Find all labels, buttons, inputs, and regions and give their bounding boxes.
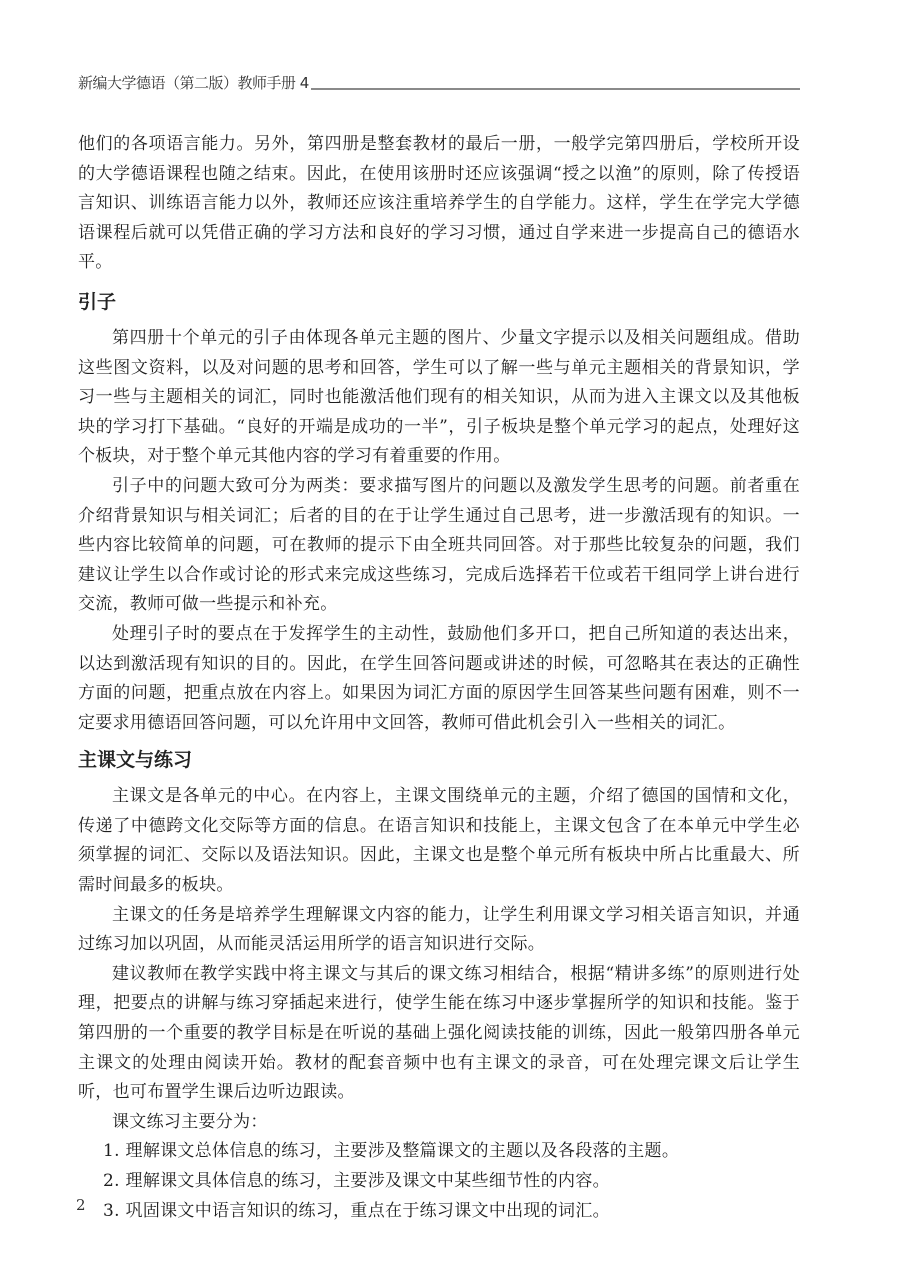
paragraph: 主课文是各单元的中心。在内容上，主课文围绕单元的主题，介绍了德国的国情和文化，传… [78, 782, 800, 900]
section-heading-main-text: 主课文与练习 [78, 746, 800, 774]
book-title: 新编大学德语（第二版）教师手册 4 [78, 74, 309, 92]
paragraph: 处理引子时的要点在于发挥学生的主动性，鼓励他们多开口，把自己所知道的表达出来，以… [78, 620, 800, 738]
paragraph: 第四册十个单元的引子由体现各单元主题的图片、少量文字提示以及相关问题组成。借助这… [78, 324, 800, 472]
paragraph: 建议教师在教学实践中将主课文与其后的课文练习相结合，根据“精讲多练”的原则进行处… [78, 960, 800, 1108]
page-body: 他们的各项语言能力。另外，第四册是整套教材的最后一册，一般学完第四册后，学校所开… [78, 130, 800, 1226]
paragraph: 引子中的问题大致可分为两类：要求描写图片的问题以及激发学生思考的问题。前者重在介… [78, 472, 800, 620]
list-item: 3. 巩固课文中语言知识的练习，重点在于练习课文中出现的词汇。 [78, 1197, 800, 1227]
list-item: 2. 理解课文具体信息的练习，主要涉及课文中某些细节性的内容。 [78, 1167, 800, 1197]
page-number: 2 [76, 1196, 86, 1214]
running-header: 新编大学德语（第二版）教师手册 4 [78, 70, 800, 92]
list-item: 1. 理解课文总体信息的练习，主要涉及整篇课文的主题以及各段落的主题。 [78, 1137, 800, 1167]
paragraph: 课文练习主要分为： [78, 1108, 800, 1138]
paragraph: 主课文的任务是培养学生理解课文内容的能力，让学生利用课文学习相关语言知识，并通过… [78, 901, 800, 960]
section-heading-intro: 引子 [78, 288, 800, 316]
continued-paragraph: 他们的各项语言能力。另外，第四册是整套教材的最后一册，一般学完第四册后，学校所开… [78, 130, 800, 278]
header-rule [311, 88, 800, 90]
